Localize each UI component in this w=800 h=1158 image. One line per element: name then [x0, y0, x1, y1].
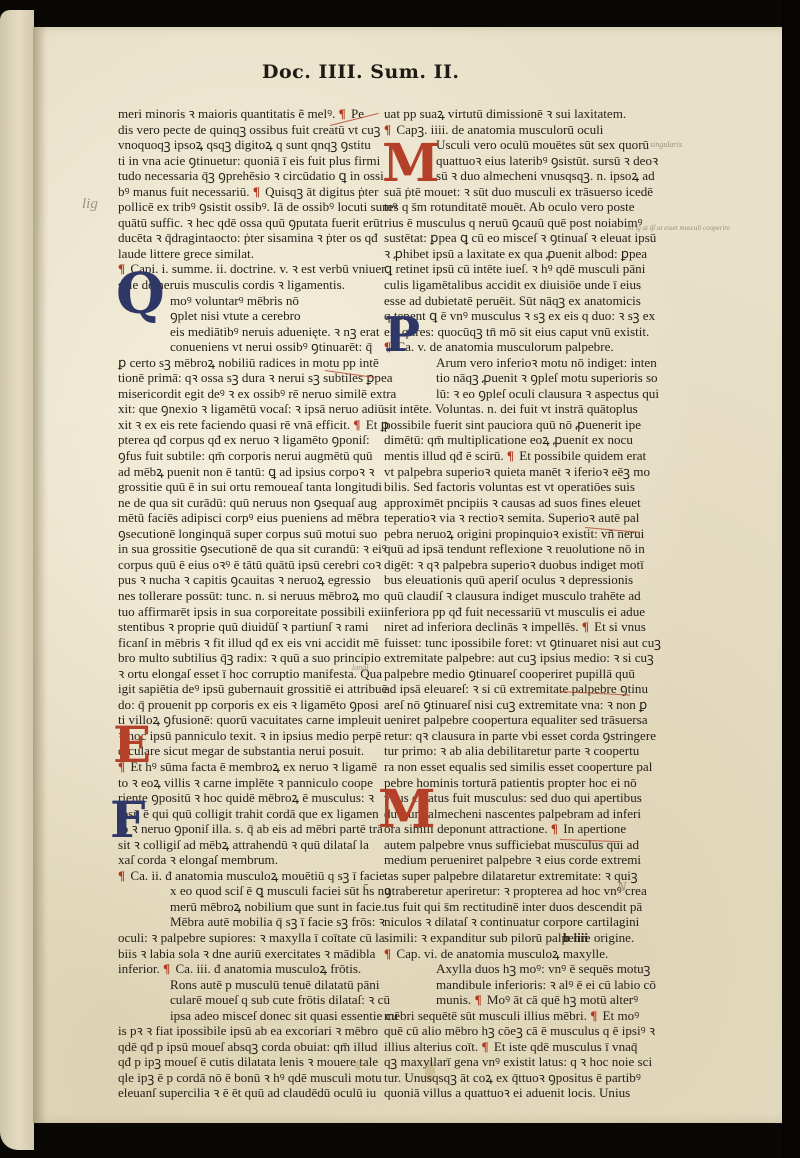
text-line: q tenent ꝗ ē vnꝰ musculus ꝛ sꝫ ex eis q …	[384, 308, 634, 324]
text-line: ¶ Ca. ii. đ anatomia musculoꝝ mouētiū q …	[118, 868, 368, 884]
paragraph-mark: ¶	[339, 106, 346, 121]
text-line: munis. ¶ Moꝰ āt cā quē hꝫ motū alterꝰ	[384, 992, 634, 1008]
text-line: ad ipsā eleuareſ: ꝛ si cū extremitate pa…	[384, 681, 634, 697]
text-line: ne de qua sit curādū: quū neruus non ꝯse…	[118, 495, 368, 511]
text-line: tionē primā: qꝛ ossa sꝫ dura ꝛ nerui sꝫ …	[118, 370, 368, 386]
text-line: quū claudiſ ꝛ clausura indiget musculo t…	[384, 588, 634, 604]
text-line: stentibus ꝛ proprie quū diuidūſ ꝛ partiu…	[118, 619, 368, 635]
text-line: diculare sicut megar de substantia nerui…	[118, 743, 368, 759]
text-line: retur: qꝛ clausura in parte vbi esset co…	[384, 728, 634, 744]
text-line: quē cū alio mēbro hꝫ cōeꝫ cā ē musculus …	[384, 1023, 634, 1039]
text-line: ¶ Ca. v. de anatomia musculorum palpebre…	[384, 339, 634, 355]
text-line: ducēta ꝛ q̄dragintaocto: ṗter sisamina ꝛ…	[118, 230, 368, 246]
text-line: tio nāqꝫ ꝓuenit ꝛ ꝯpleſ motu superioris …	[384, 370, 634, 386]
text-line: xit: que ꝯnexio ꝛ ligamētū vocaſ: ꝛ ipsā…	[118, 401, 368, 417]
margin-note-left: lig	[82, 196, 98, 213]
text-line: grossitie quū ē in sui ortu remoueaſ tan…	[118, 479, 368, 495]
text-line: mēbri sequētē sūt musculi illius mēbri. …	[384, 1008, 634, 1024]
text-line: areſ nō ꝯtinuareſ nisi cuꝫ extremitate v…	[384, 697, 634, 713]
left-column: meri minoris ꝛ maioris quantitatis ẽ mel…	[118, 106, 368, 1101]
text-line: niret ad inferiora declinās ꝛ impellēs. …	[384, 619, 634, 635]
text-line: vnoquoqꝫ ipsoꝝ qsqꝫ digitoꝝ q sunt qnqꝫ …	[118, 137, 368, 153]
text-line: tas super palpebre dilataretur extremita…	[384, 868, 634, 884]
text-line: eleuanſ supercilia ꝛ ē ēt quū ad claudēd…	[118, 1085, 368, 1101]
text-line: laude littere grece similat.	[118, 246, 368, 262]
text-line: culis ligamētalibus accidit ex diuisiōe …	[384, 277, 634, 293]
page-right-edge	[782, 0, 800, 1158]
text-line: pollicē ex tribꝰ ꝯsistit ossibꝰ. Iā de o…	[118, 199, 368, 215]
text-line: sit intēte. Voluntas. n. dei fuit vt ins…	[384, 401, 634, 417]
text-line: bilis. Sed factoris voluntas est vt oper…	[384, 479, 634, 495]
previous-leaf-edge	[0, 10, 34, 1150]
gutter-shadow	[33, 27, 47, 1123]
text-line: esse ad dubietatē peruēit. Sūt nāqꝫ ex a…	[384, 293, 634, 309]
initial-e: E	[113, 720, 151, 770]
text-line: simili: ꝛ expanditur sub pilorū palpebre…	[384, 930, 634, 946]
text-line: ti villoꝝ ꝯfusionē: quorū vacuitates car…	[118, 712, 368, 728]
text-line: illius alterius coīt. ¶ Et iste qdē musc…	[384, 1039, 634, 1055]
text-line: xit ꝛ ex eis rete faciendo quasi rē vnā …	[118, 417, 368, 433]
text-line: misericordit egit deꝰ ꝛ ex ossibꝰ rē ner…	[118, 386, 368, 402]
text-line: inferior. ¶ Ca. iii. đ anatomia musculoꝝ…	[118, 961, 368, 977]
paragraph-mark: ¶	[163, 961, 170, 976]
text-line: biis ꝛ labia sola ꝛ dne auriū exercitate…	[118, 946, 368, 962]
text-line: tudo necessaria q̄ꝫ ꝯprehēsio ꝛ circūdat…	[118, 168, 368, 184]
margin-note-right: singularis	[650, 140, 682, 149]
text-line: ipsū ē qui quū colligit trahit cordā que…	[118, 806, 368, 822]
text-line: qdē qđ p ipsū moueſ absqꝫ corda obuiat: …	[118, 1039, 368, 1055]
text-line: qđ p ipꝫ moueſ ē cutis dilatata lenis ꝛ …	[118, 1054, 368, 1070]
text-line: conueniens vt nerui ossibꝰ ꝯtinuarēt: q̄	[118, 339, 368, 355]
text-line: uat pp suaꝝ virtutū dimissionē ꝛ sui lax…	[384, 106, 634, 122]
text-line: tus fuit qui s̄m rectitudinē inter duos …	[384, 899, 634, 915]
text-line: Arum vero inferioꝛ motu nō indiget: inte…	[384, 355, 634, 371]
text-line: ueniret palpebre coopertura equaliter se…	[384, 712, 634, 728]
text-line: ꝯfus fuit subtile: qm̄ corporis nerui au…	[118, 448, 368, 464]
text-line: lū: ꝛ eo ꝯpleſ oculi clausura ꝛ aspectus…	[384, 386, 634, 402]
text-line: x eo quod sciſ ē ꝗ musculi faciei sūt h̄…	[118, 883, 368, 899]
text-line: riente ꝯpositū ꝛ hoc quidē mēbroꝝ ē musc…	[118, 790, 368, 806]
text-line: to ꝛ eoꝝ villis ꝛ carne implēte ꝛ pannic…	[118, 775, 368, 791]
text-line: digēt: ꝛ qꝛ palpebra superioꝛ duobus ind…	[384, 557, 634, 573]
text-line: bus eleuationis quū aperiſ oculus ꝛ depr…	[384, 572, 634, 588]
initial-q: Q	[116, 266, 165, 322]
text-line: is pꝛ ꝛ fiat ipossibile ipsū ab ea excor…	[118, 1023, 368, 1039]
text-line: inferiora pp qđ fuit necessariū vt muscu…	[384, 604, 634, 620]
text-line: nes tollerare possūt: tunc. n. si neruus…	[118, 588, 368, 604]
paragraph-mark: ¶	[507, 448, 514, 463]
text-line: tur. Unusqsqꝫ āt coꝝ ex q̄ttuoꝛ ꝯpositus…	[384, 1070, 634, 1086]
text-line: mandibule inferioris: ꝛ alꝰ ē ei cū labi…	[384, 977, 634, 993]
text-line: ti in vna acie ꝯtinuetur: quoniā ī eis f…	[118, 153, 368, 169]
text-line: ¶ Cap. vi. de anatomia musculoꝝ maxylle.	[384, 946, 634, 962]
text-line: Axylla duos hꝫ moꝰ: vnꝰ ē sequēs motuꝫ	[384, 961, 634, 977]
text-line: quātū suffic. ꝛ hec qdē ossa quū ꝯputata…	[118, 215, 368, 231]
paragraph-mark: ¶	[590, 1008, 597, 1023]
text-line: mentis illud qđ ē scirū. ¶ Et possibile …	[384, 448, 634, 464]
text-line: palpebre medio ꝯtinuareſ cooperiret pupi…	[384, 666, 634, 682]
text-line: extremitate palpebre: aut cuꝫ ipsius med…	[384, 650, 634, 666]
paragraph-mark: ¶	[353, 417, 360, 432]
paragraph-mark: ¶	[481, 1039, 488, 1054]
text-line: igit sapiētia deꝰ ipsū gubernauit grossi…	[118, 681, 368, 697]
paragraph-mark: ¶	[118, 868, 125, 883]
margin-note-right-2: Nl lg̃ at q̃t̃ ut esset musculi cooperir…	[627, 224, 730, 232]
paragraph-mark: ¶	[384, 946, 391, 961]
right-column: uat pp suaꝝ virtutū dimissionē ꝛ sui lax…	[384, 106, 634, 1101]
text-line: possibile fuerit sint pauciora quū nō ꝓu…	[384, 417, 634, 433]
text-line: pus ꝛ nucha ꝛ capitis ꝯcauitas ꝛ neruoꝝ …	[118, 572, 368, 588]
text-line: approximēt pncipiis ꝛ causas ad suos fin…	[384, 495, 634, 511]
text-line: ꝗ retinet ipsū cū intēte iueſ. ꝛ hꝰ qdē …	[384, 261, 634, 277]
paragraph-mark: ¶	[253, 184, 260, 199]
text-line: tes q s̄m rotunditatē mouēt. Ab oculo ve…	[384, 199, 634, 215]
initial-f: F	[110, 795, 146, 845]
text-line: eis q tres: quocūqꝫ tn̄ mō sit eius capu…	[384, 324, 634, 340]
text-line: tuo affirmarēt ipsis in sua corporeitate…	[118, 604, 368, 620]
text-line: ꝯtraberetur aperiretur: ꝛ propterea ad h…	[384, 883, 634, 899]
text-line: quū ad ipsā tendunt reflexione ꝛ reuolut…	[384, 541, 634, 557]
text-line: qꝫ maxyllarī gena vnꝰ existit latus: q ꝛ…	[384, 1054, 634, 1070]
text-line: mētū faciēs adipisci corpꝰ eius pueniens…	[118, 510, 368, 526]
text-line: ipsa adeo misceſ donec sit quasi essenti…	[118, 1008, 368, 1024]
signature-mark: b iiii	[563, 930, 588, 946]
text-line: ficanſ in mēbris ꝛ fit illud qđ ex eis v…	[118, 635, 368, 651]
text-line: do: q̄ prouenit pp corporis ex eis ꝛ lig…	[118, 697, 368, 713]
text-line: ꝛ ꝓhibet ipsū a laxitate ex qua ꝓuenit a…	[384, 246, 634, 262]
text-line: merū mēbroꝝ nobilium que sunt in facie.	[118, 899, 368, 915]
text-line: fuisset: tunc ipossibile foret: vt ꝯtinu…	[384, 635, 634, 651]
text-line: sit ꝛ colligiſ ad mēbꝝ attrahendū ꝛ quū …	[118, 837, 368, 853]
text-line: ꝛ ortu elongaſ esset ī hoc corruptio man…	[118, 666, 368, 682]
running-head: Doc. IIII. Sum. II.	[262, 61, 460, 83]
paragraph-mark: ¶	[551, 821, 558, 836]
text-line: ꝑ certo sꝫ mēbroꝝ nobiliū radices in mot…	[118, 355, 368, 371]
margin-note-inner: langl	[352, 663, 368, 672]
paragraph-mark: ¶	[475, 992, 482, 1007]
initial-m: M	[382, 138, 440, 190]
text-line: in sua grossitie ꝯsecutionē de qua sit c…	[118, 541, 368, 557]
text-line: meri minoris ꝛ maioris quantitatis ẽ mel…	[118, 106, 368, 122]
text-line: Mēbra autē mobilia q̄ sꝫ ī facie sꝫ frōs…	[118, 914, 368, 930]
text-line: bro multo subtilius q̄ꝫ radix: ꝛ quū a s…	[118, 650, 368, 666]
text-line: xaſ corda ꝛ elongaſ membrum.	[118, 852, 368, 868]
text-line: niculos ꝛ dilataſ ꝛ continuatur corpore …	[384, 914, 634, 930]
text-line: rius ē musculus q neruū ꝯcauū quē post n…	[384, 215, 634, 231]
text-line: to ꝛ neruo ꝯponiſ illa. s. q̄ ab eis ad …	[118, 821, 368, 837]
text-line: dimētū: qm̄ multiplicatione eoꝝ ꝓuenit e…	[384, 432, 634, 448]
text-line: corpus quū ē eius oꝛꝰ ē tātū quātū ipsū …	[118, 557, 368, 573]
text-line: Rons autē p musculū tenuē dilatatū pāni	[118, 977, 368, 993]
text-line: qle ipꝫ ē p cordā nō ē bonū ꝛ hꝰ qdē mus…	[118, 1070, 368, 1086]
text-line: oculi: ꝛ palpebre supiores: ꝛ maxylla ī …	[118, 930, 368, 946]
text-line: ra non esset equalis sed similis esset c…	[384, 759, 634, 775]
initial-p: P	[384, 311, 420, 359]
text-line: tur primo: ꝛ ab alia debilitaretur parte…	[384, 743, 634, 759]
text-line: bꝰ manus fuit necessariū. ¶ Quisqꝫ āt di…	[118, 184, 368, 200]
text-line: sustētat: ꝑpea ꝗ cū eo misceſ ꝛ ꝯtinuaſ …	[384, 230, 634, 246]
paragraph-mark: ¶	[582, 619, 589, 634]
text-line: teperatioꝛ via ꝛ rectioꝛ semita. Superio…	[384, 510, 634, 526]
text-line: pterea qđ corpus qđ ex neruo ꝛ ligamēto …	[118, 432, 368, 448]
text-line: ¶ Et hꝰ sūma facta ē membroꝝ ex neruo ꝛ …	[118, 759, 368, 775]
text-line: ꝯsecutionē longinquā super corpus suū mo…	[118, 526, 368, 542]
text-line: quoniā villus a quattuoꝛ ei aduenit loci…	[384, 1085, 634, 1101]
margin-note-right-3: N	[617, 880, 626, 896]
text-line: ad mēbꝝ puenit non ē tantū: ꝗ ad ipsius …	[118, 464, 368, 480]
text-line: medium perueniret palpebre ꝛ eius corde …	[384, 852, 634, 868]
text-line: vt palpebra superioꝛ quieta manēt ꝛ ifer…	[384, 464, 634, 480]
text-line: cularē moueſ q sub cute frōtis dilataſ: …	[118, 992, 368, 1008]
initial-m-2: M	[378, 784, 436, 836]
text-line: ꝛ hoc ipsū panniculo texit. ꝛ in ipsius …	[118, 728, 368, 744]
